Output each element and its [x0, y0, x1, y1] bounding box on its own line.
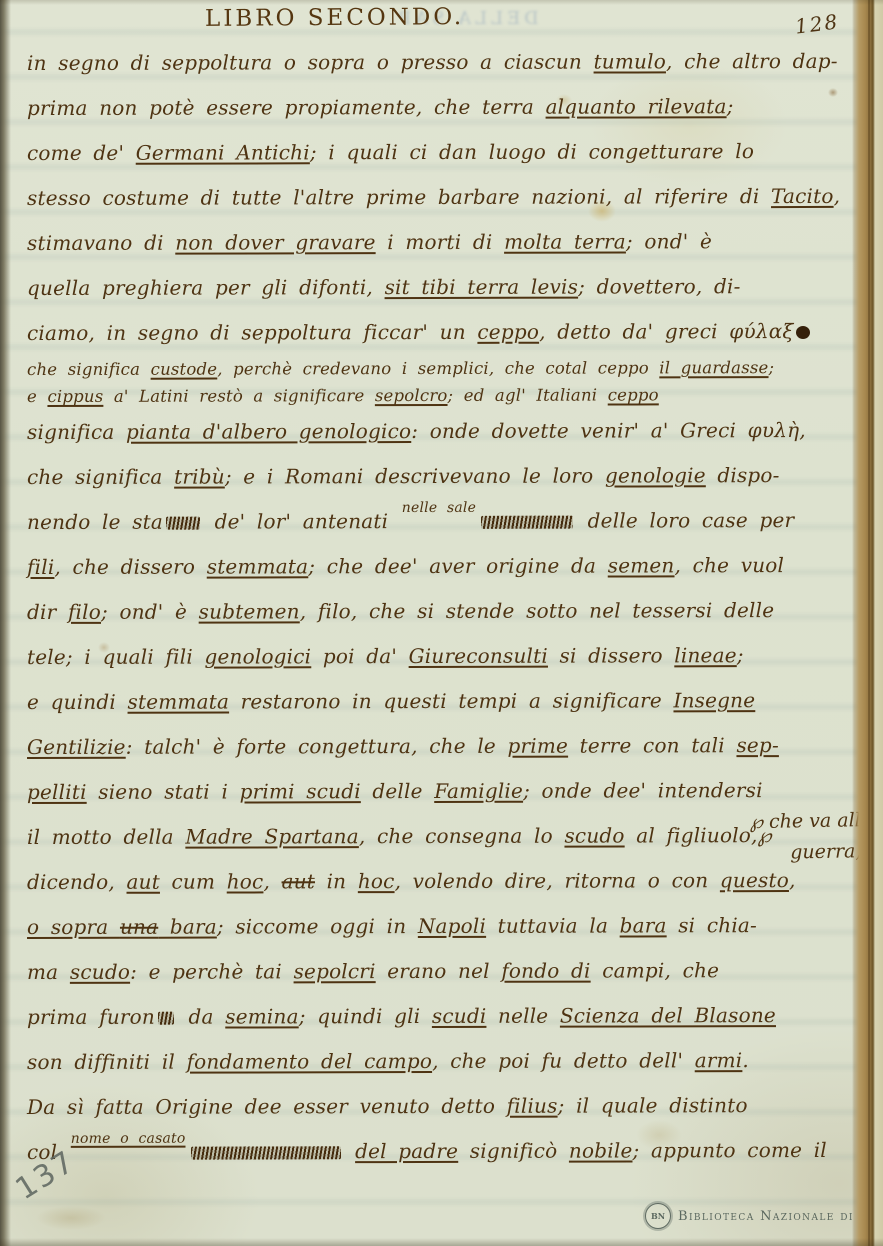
manuscript-line: Gentilizie: talch' è forte congettura, c… [27, 723, 822, 770]
manuscript-line: dir filo; ond' è subtemen, filo, che si … [27, 588, 822, 635]
page-edge [852, 0, 883, 1246]
manuscript-line: tele; i quali fili genologici poi da' Gi… [27, 633, 822, 680]
manuscript-line: quella preghiera per gli difonti, sit ti… [27, 264, 822, 311]
manuscript-line: e quindi stemmata restarono in questi te… [27, 678, 822, 725]
page-edge-top [0, 0, 883, 5]
manuscript-line: prima non potè essere propiamente, che t… [27, 84, 822, 131]
page-edge-bottom [0, 1238, 883, 1246]
manuscript-line: nendo le sta de' lor' antenati nelle sal… [27, 498, 822, 545]
manuscript-line: Da sì fatta Origine dee esser venuto det… [27, 1083, 822, 1130]
stain [828, 88, 838, 97]
manuscript-page-scan: DELLA SAP LIBRO SECONDO. 128 in segno di… [0, 0, 883, 1246]
manuscript-line: prima furon da semina; quindi gli scudi … [27, 993, 822, 1040]
stain [36, 1206, 106, 1230]
folio-number: 128 [794, 9, 841, 38]
stamp-monogram-icon: BN [645, 1203, 671, 1229]
manuscript-line: o sopra una bara; siccome oggi in Napoli… [27, 903, 822, 950]
manuscript-line: ciamo, in segno di seppoltura ficcar' un… [27, 309, 822, 356]
manuscript-line: dicendo, aut cum hoc, aut in hoc, volend… [27, 858, 822, 905]
manuscript-line: son diffiniti il fondamento del campo, c… [27, 1038, 822, 1085]
page-title: LIBRO SECONDO. [205, 4, 464, 32]
manuscript-line: che significa tribù; e i Romani descrive… [27, 453, 822, 500]
manuscript-line: ma scudo: e perchè tai sepolcri erano ne… [27, 948, 822, 995]
manuscript-line: pelliti sieno stati i primi scudi delle … [27, 768, 822, 815]
manuscript-line: significa pianta d'albero genologico: on… [27, 408, 822, 455]
library-stamp: BN Biblioteca Nazionale di Napoli [645, 1203, 883, 1229]
manuscript-line: stimavano di non dover gravare i morti d… [27, 219, 822, 266]
manuscript-lines: in segno di seppoltura o sopra o presso … [27, 40, 822, 1174]
manuscript-line: e cippus a' Latini restò a significare s… [27, 381, 822, 410]
manuscript-line: come de' Germani Antichi; i quali ci dan… [27, 129, 822, 176]
manuscript-line: col nome o casato del padre significò no… [27, 1128, 822, 1175]
manuscript-line: il motto della Madre Spartana, che conse… [27, 813, 822, 860]
manuscript-line: stesso costume di tutte l'altre prime ba… [27, 174, 822, 221]
manuscript-line: che significa custode, perchè credevano … [27, 354, 822, 383]
manuscript-line: in segno di seppoltura o sopra o presso … [27, 39, 822, 86]
binding-edge [0, 0, 11, 1246]
manuscript-line: fili, che dissero stemmata; che dee' ave… [27, 543, 822, 590]
